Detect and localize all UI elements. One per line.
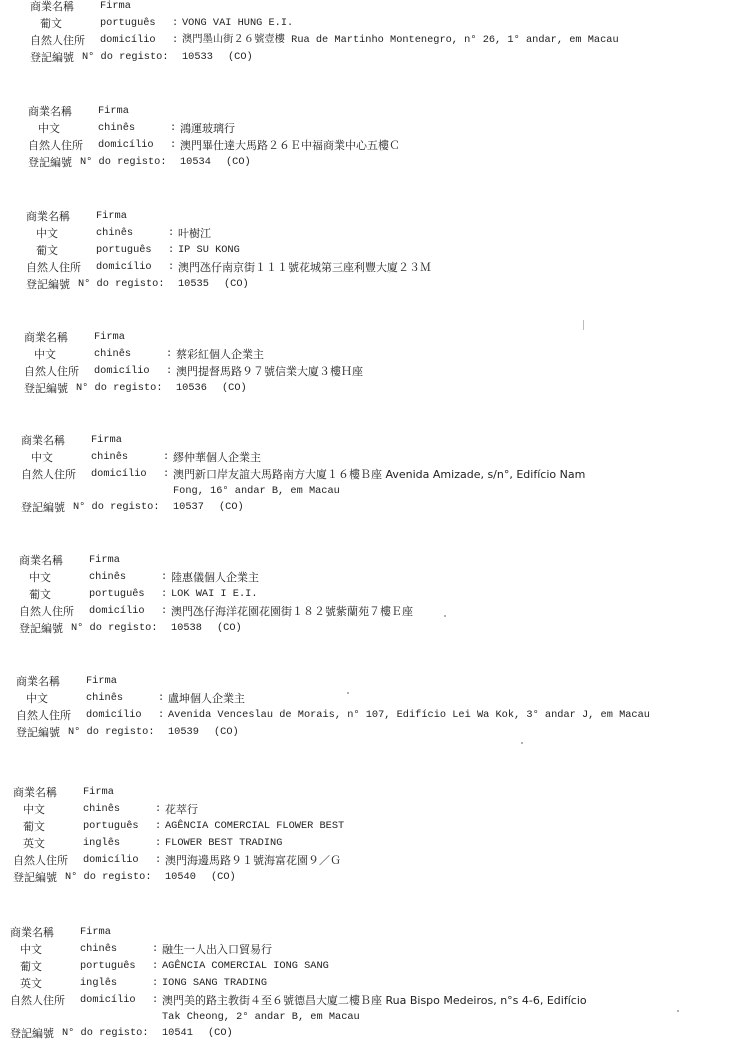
colon: : xyxy=(168,259,174,276)
domicilio-value: 澳門美的路主教街４至６號德昌大廈二樓Ｂ座 Rua Bispo Medeiros,… xyxy=(162,992,587,1009)
registo-label-pt: N° do registo: xyxy=(82,49,169,66)
portugues-label-pt: português xyxy=(100,15,156,32)
portugues-name-value: AGÊNCIA COMERCIAL FLOWER BEST xyxy=(165,818,344,835)
chines-label-zh: 中文 xyxy=(26,690,48,707)
colon: : xyxy=(163,449,169,466)
domicilio-label-pt: domicílio xyxy=(80,992,136,1009)
registo-number: 10538 xyxy=(171,620,202,637)
ingles-name-value: IONG SANG TRADING xyxy=(162,975,267,992)
chines-label-pt: chinês xyxy=(80,941,117,958)
firma-label-zh: 商業名稱 xyxy=(10,924,54,941)
registo-code: (CO) xyxy=(208,1025,233,1042)
colon: : xyxy=(172,15,178,32)
firma-label-zh: 商業名稱 xyxy=(28,103,72,120)
portugues-label-zh: 葡文 xyxy=(36,242,58,259)
registo-label-pt: N° do registo: xyxy=(76,380,163,397)
colon: : xyxy=(166,346,172,363)
registo-label-zh: 登記編號 xyxy=(19,620,63,637)
firma-label-pt: Firma xyxy=(98,103,129,120)
registo-number: 10535 xyxy=(178,276,209,293)
scan-speck xyxy=(347,692,349,694)
colon: : xyxy=(155,801,161,818)
domicilio-label-zh: 自然人住所 xyxy=(26,259,81,276)
registo-label-zh: 登記編號 xyxy=(24,380,68,397)
chines-name-value: 融生一人出入口貿易行 xyxy=(162,941,272,958)
domicilio-label-zh: 自然人住所 xyxy=(13,852,68,869)
portugues-label-zh: 葡文 xyxy=(29,586,51,603)
scan-speck xyxy=(583,320,584,330)
chines-name-value: 鴻運玻璃行 xyxy=(180,120,235,137)
portugues-label-pt: português xyxy=(80,958,136,975)
registo-label-pt: N° do registo: xyxy=(73,499,160,516)
registo-code: (CO) xyxy=(226,154,251,171)
registo-label-zh: 登記編號 xyxy=(21,499,65,516)
colon: : xyxy=(168,242,174,259)
chines-label-zh: 中文 xyxy=(29,569,51,586)
firma-label-zh: 商業名稱 xyxy=(26,208,70,225)
firma-label-pt: Firma xyxy=(80,924,111,941)
colon: : xyxy=(152,992,158,1009)
scan-speck xyxy=(677,1010,679,1012)
colon: : xyxy=(152,941,158,958)
colon: : xyxy=(152,958,158,975)
domicilio-label-pt: domicílio xyxy=(98,137,154,154)
portugues-label-zh: 葡文 xyxy=(23,818,45,835)
domicilio-label-zh: 自然人住所 xyxy=(19,603,74,620)
domicilio-label-zh: 自然人住所 xyxy=(21,466,76,483)
domicilio-label-zh: 自然人住所 xyxy=(16,707,71,724)
domicilio-value: 澳門氹仔南京街１１１號花城第三座利豐大廈２３Ｍ xyxy=(178,259,431,276)
registo-label-zh: 登記編號 xyxy=(13,869,57,886)
chines-label-zh: 中文 xyxy=(38,120,60,137)
chines-name-value: 繆仲華個人企業主 xyxy=(173,449,261,466)
registo-code: (CO) xyxy=(217,620,242,637)
firma-label-pt: Firma xyxy=(100,0,131,15)
portugues-name-value: VONG VAI HUNG E.I. xyxy=(182,15,293,32)
registo-label-pt: N° do registo: xyxy=(78,276,165,293)
registo-label-zh: 登記編號 xyxy=(16,724,60,741)
registo-code: (CO) xyxy=(228,49,253,66)
chines-label-pt: chinês xyxy=(89,569,126,586)
colon: : xyxy=(155,818,161,835)
registo-code: (CO) xyxy=(214,724,239,741)
registo-code: (CO) xyxy=(222,380,247,397)
registo-code: (CO) xyxy=(219,499,244,516)
chines-label-zh: 中文 xyxy=(23,801,45,818)
colon: : xyxy=(152,975,158,992)
registo-number: 10534 xyxy=(180,154,211,171)
chines-label-pt: chinês xyxy=(86,690,123,707)
domicilio-label-pt: domicílio xyxy=(91,466,147,483)
firma-label-zh: 商業名稱 xyxy=(24,329,68,346)
domicilio-value: 澳門畢仕達大馬路２６Ｅ中福商業中心五樓Ｃ xyxy=(180,137,400,154)
colon: : xyxy=(161,603,167,620)
firma-label-zh: 商業名稱 xyxy=(19,552,63,569)
colon: : xyxy=(170,120,176,137)
ingles-name-value: FLOWER BEST TRADING xyxy=(165,835,282,852)
portugues-label-zh: 葡文 xyxy=(40,15,62,32)
firma-label-pt: Firma xyxy=(96,208,127,225)
firma-label-pt: Firma xyxy=(91,432,122,449)
chines-label-zh: 中文 xyxy=(36,225,58,242)
domicilio-continuation-value: Tak Cheong, 2° andar B, em Macau xyxy=(162,1009,360,1025)
colon: : xyxy=(161,569,167,586)
chines-name-value: 叶樹江 xyxy=(178,225,211,242)
firma-label-pt: Firma xyxy=(89,552,120,569)
scan-speck xyxy=(444,615,446,617)
registo-label-zh: 登記編號 xyxy=(10,1025,54,1042)
firma-label-zh: 商業名稱 xyxy=(30,0,74,15)
registo-label-zh: 登記編號 xyxy=(26,276,70,293)
domicilio-label-pt: domicílio xyxy=(86,707,142,724)
chines-label-pt: chinês xyxy=(98,120,135,137)
domicilio-label-zh: 自然人住所 xyxy=(10,992,65,1009)
ingles-label-pt: inglês xyxy=(83,835,120,852)
registo-label-pt: N° do registo: xyxy=(80,154,167,171)
colon: : xyxy=(163,466,169,483)
chines-name-value: 盧坤個人企業主 xyxy=(168,690,245,707)
ingles-label-zh: 英文 xyxy=(20,975,42,992)
registo-number: 10540 xyxy=(165,869,196,886)
portugues-label-pt: português xyxy=(89,586,145,603)
domicilio-value: Avenida Venceslau de Morais, n° 107, Edi… xyxy=(168,707,650,724)
chines-label-pt: chinês xyxy=(83,801,120,818)
portugues-name-value: AGÊNCIA COMERCIAL IONG SANG xyxy=(162,958,329,975)
portugues-name-value: LOK WAI I E.I. xyxy=(171,586,258,603)
colon: : xyxy=(155,852,161,869)
registo-label-pt: N° do registo: xyxy=(62,1025,149,1042)
chines-name-value: 花萃行 xyxy=(165,801,198,818)
firma-label-pt: Firma xyxy=(83,784,114,801)
chines-label-pt: chinês xyxy=(94,346,131,363)
registo-number: 10541 xyxy=(162,1025,193,1042)
chines-label-zh: 中文 xyxy=(34,346,56,363)
domicilio-label-zh: 自然人住所 xyxy=(30,32,85,49)
domicilio-label-pt: domicílio xyxy=(83,852,139,869)
registo-label-zh: 登記編號 xyxy=(30,49,74,66)
chines-name-value: 陸惠儀個人企業主 xyxy=(171,569,259,586)
registo-number: 10533 xyxy=(182,49,213,66)
chines-label-zh: 中文 xyxy=(31,449,53,466)
ingles-label-zh: 英文 xyxy=(23,835,45,852)
firma-label-pt: Firma xyxy=(86,673,117,690)
registo-label-pt: N° do registo: xyxy=(65,869,152,886)
domicilio-label-pt: domicílio xyxy=(96,259,152,276)
domicilio-label-zh: 自然人住所 xyxy=(24,363,79,380)
domicilio-value: 澳門新口岸友誼大馬路南方大廈１６樓Ｂ座 Avenida Amizade, s/n… xyxy=(173,466,585,483)
domicilio-label-pt: domicílio xyxy=(100,32,156,49)
registo-label-zh: 登記編號 xyxy=(28,154,72,171)
registo-code: (CO) xyxy=(224,276,249,293)
domicilio-label-pt: domicílio xyxy=(89,603,145,620)
registo-number: 10536 xyxy=(176,380,207,397)
colon: : xyxy=(155,835,161,852)
chines-label-pt: chinês xyxy=(96,225,133,242)
colon: : xyxy=(170,137,176,154)
firma-label-zh: 商業名稱 xyxy=(21,432,65,449)
firma-label-pt: Firma xyxy=(94,329,125,346)
portugues-name-value: IP SU KONG xyxy=(178,242,240,259)
registo-label-pt: N° do registo: xyxy=(71,620,158,637)
portugues-label-pt: português xyxy=(96,242,152,259)
portugues-label-pt: português xyxy=(83,818,139,835)
ingles-label-pt: inglês xyxy=(80,975,117,992)
chines-label-zh: 中文 xyxy=(20,941,42,958)
domicilio-value: 澳門提督馬路９７號信業大廈３樓Ｈ座 xyxy=(176,363,363,380)
scanned-document-page: 商業名稱 Firma 葡文 português : VONG VAI HUNG … xyxy=(0,0,739,1056)
chines-label-pt: chinês xyxy=(91,449,128,466)
domicilio-label-zh: 自然人住所 xyxy=(28,137,83,154)
colon: : xyxy=(158,707,164,724)
colon: : xyxy=(172,32,178,49)
colon: : xyxy=(166,363,172,380)
registo-label-pt: N° do registo: xyxy=(68,724,155,741)
chines-name-value: 蔡彩紅個人企業主 xyxy=(176,346,264,363)
domicilio-label-pt: domicílio xyxy=(94,363,150,380)
firma-label-zh: 商業名稱 xyxy=(13,784,57,801)
registo-code: (CO) xyxy=(211,869,236,886)
registo-number: 10539 xyxy=(168,724,199,741)
domicilio-value: 澳門氹仔海洋花園花園街１８２號紫蘭苑７樓Ｅ座 xyxy=(171,603,413,620)
domicilio-value: 澳門墨山街２６號壹樓 Rua de Martinho Montenegro, n… xyxy=(182,32,619,49)
domicilio-continuation-value: Fong, 16° andar B, em Macau xyxy=(173,483,340,499)
registo-number: 10537 xyxy=(173,499,204,516)
portugues-label-zh: 葡文 xyxy=(20,958,42,975)
firma-label-zh: 商業名稱 xyxy=(16,673,60,690)
domicilio-value: 澳門海邊馬路９１號海富花園９／Ｇ xyxy=(165,852,341,869)
colon: : xyxy=(161,586,167,603)
colon: : xyxy=(158,690,164,707)
scan-speck xyxy=(521,742,523,744)
colon: : xyxy=(168,225,174,242)
